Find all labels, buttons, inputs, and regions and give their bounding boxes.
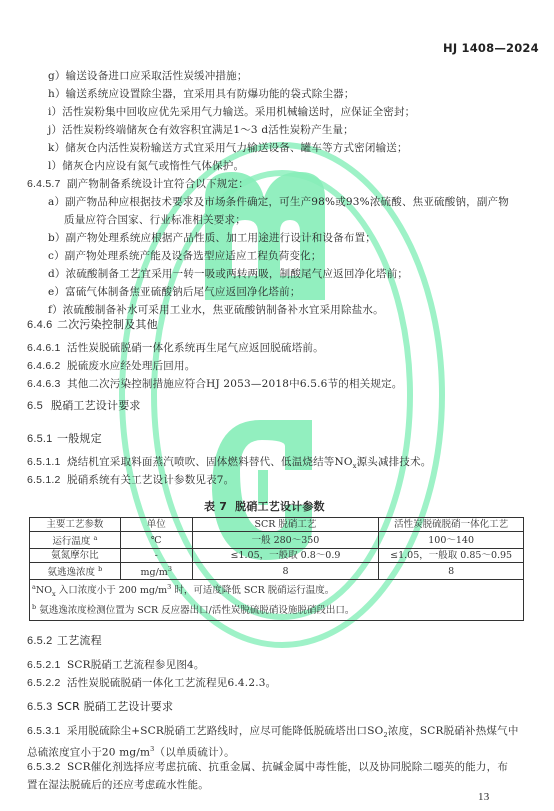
list-item-a: a）副产物品种应根据技术要求及市场条件确定，可生产98%或93%浓硫酸、焦亚硫酸… <box>48 195 509 209</box>
table-cell-unit: mg/m3 <box>120 563 192 580</box>
list-item-k: k）储灰仓内活性炭粉输送方式宜采用气力输送设备、罐车等方式密闭输送； <box>48 141 408 155</box>
list-item-a-continued: 质量应符合国家、行业标准相关要求； <box>64 213 246 227</box>
table-notes: aNOx 入口浓度小于 200 mg/m3 时，可适度降低 SCR 脱硝运行温度… <box>30 580 524 620</box>
list-item-l: l）储灰仓内应设有氮气或惰性气体保护。 <box>48 159 244 173</box>
clause-6-5-3-2-continued: 置在湿法脱硫后的还应考虑疏水性能。 <box>27 778 209 792</box>
table-cell-unit: ℃ <box>120 532 192 549</box>
table-cell-ac: 100～140 <box>379 532 524 549</box>
section-heading-6-5-1: 6.5.1一般规定 <box>27 432 102 446</box>
list-item-h: h）输送系统应设置除尘器，宜采用具有防爆功能的袋式除尘器； <box>48 87 355 101</box>
table-cell-param: 运行温度 a <box>30 532 121 549</box>
clause-6-5-3-2: 6.5.3.2SCR催化剂选择应考虑抗硫、抗重金属、抗碱金属中毒性能，以及协同脱… <box>27 760 508 774</box>
list-item-b: b）副产物处理系统应根据产品性质、加工用途进行设计和设备布置； <box>48 231 376 245</box>
section-heading-6-4-6: 6.4.6二次污染控制及其他 <box>27 318 158 332</box>
clause-6-4-6-2: 6.4.6.2脱硫废水应经处理后回用。 <box>27 359 195 373</box>
table-cell-unit: - <box>120 549 192 563</box>
table-cell-ac: 8 <box>379 563 524 580</box>
table-header-cell: 主要工艺参数 <box>30 518 121 532</box>
table-cell-param: 氨逃逸浓度 b <box>30 563 121 580</box>
table-header-cell: 活性炭脱硫脱硝一体化工艺 <box>379 518 524 532</box>
clause-6-5-1-1: 6.5.1.1烧结机宜采取料面蒸汽喷吹、固体燃料替代、低温烧结等NOx源头减排技… <box>27 455 431 473</box>
section-heading-6-5: 6.5脱硝工艺设计要求 <box>27 399 141 413</box>
clause-6-4-6-3: 6.4.6.3其他二次污染控制措施应符合HJ 2053—2018中6.5.6节的… <box>27 377 402 391</box>
standard-id-header: HJ 1408—2024 <box>443 41 539 55</box>
table-cell-scr: ≤1.05，一般取 0.8～0.9 <box>192 549 379 563</box>
list-item-d: d）浓硫酸制备工艺宜采用一转一吸或两转两吸，制酸尾气应返回净化塔前； <box>48 267 408 281</box>
clause-6-5-3-1-continued: 总硫浓度宜小于20 mg/m3（以单质硫计）。 <box>27 742 235 760</box>
table-row: 运行温度 a ℃ 一般 280～350 100～140 <box>30 532 524 549</box>
table-cell-ac: ≤1.05，一般取 0.85～0.95 <box>379 549 524 563</box>
table-7-caption: 表 7 脱硝工艺设计参数 <box>204 500 325 514</box>
document-page: HJ 1408—2024 g）输送设备进口应采取活性炭缓冲措施； h）输送系统应… <box>0 0 554 811</box>
clause-6-5-3-1: 6.5.3.1采用脱硫除尘+SCR脱硝工艺路线时，应尽可能降低脱硫塔出口SO2浓… <box>27 724 519 742</box>
table-cell-scr: 一般 280～350 <box>192 532 379 549</box>
table-header-cell: SCR 脱硝工艺 <box>192 518 379 532</box>
table-row: 氨氮摩尔比 - ≤1.05，一般取 0.8～0.9 ≤1.05，一般取 0.85… <box>30 549 524 563</box>
table-header-cell: 单位 <box>120 518 192 532</box>
table-cell-param: 氨氮摩尔比 <box>30 549 121 563</box>
clause-6-4-5-7: 6.4.5.7副产物制备系统设计宜符合以下规定： <box>27 177 249 191</box>
section-heading-6-5-2: 6.5.2工艺流程 <box>27 634 102 648</box>
clause-6-4-6-1: 6.4.6.1活性炭脱硫脱硝一体化系统再生尾气应返回脱硫塔前。 <box>27 341 324 355</box>
table-note-a: aNOx 入口浓度小于 200 mg/m3 时，可适度降低 SCR 脱硝运行温度… <box>32 581 521 601</box>
clause-6-5-2-1: 6.5.2.1SCR脱硝工艺流程参见图4。 <box>27 658 205 672</box>
list-item-j: j）活性炭粉终端储灰仓有效容积宜满足1～3 d活性炭粉产生量； <box>48 123 354 137</box>
list-item-f: f）浓硫酸制备补水可采用工业水，焦亚硫酸钠制备补水宜采用除盐水。 <box>48 303 384 317</box>
table-row: 氨逃逸浓度 b mg/m3 8 8 <box>30 563 524 580</box>
table-notes-row: aNOx 入口浓度小于 200 mg/m3 时，可适度降低 SCR 脱硝运行温度… <box>30 580 524 620</box>
table-note-b: b 氨逃逸浓度检测位置为 SCR 反应器出口/活性炭脱硫脱硝设施脱硝段出口。 <box>32 601 521 617</box>
table-header-row: 主要工艺参数 单位 SCR 脱硝工艺 活性炭脱硫脱硝一体化工艺 <box>30 518 524 532</box>
table-7-denitration-parameters: 主要工艺参数 单位 SCR 脱硝工艺 活性炭脱硫脱硝一体化工艺 运行温度 a ℃… <box>29 517 524 621</box>
table-cell-scr: 8 <box>192 563 379 580</box>
list-item-i: i）活性炭粉集中回收应优先采用气力输送。采用机械输送时，应保证全密封； <box>48 105 415 119</box>
page-number: 13 <box>478 790 489 804</box>
clause-6-5-2-2: 6.5.2.2活性炭脱硫脱硝一体化工艺流程见6.4.2.3。 <box>27 676 276 690</box>
list-item-e: e）富硫气体制备焦亚硫酸钠后尾气应返回净化塔前； <box>48 285 301 299</box>
section-heading-6-5-3: 6.5.3SCR 脱硝工艺设计要求 <box>27 700 173 714</box>
list-item-g: g）输送设备进口应采取活性炭缓冲措施； <box>48 69 248 83</box>
list-item-c: c）副产物处理系统产能及设备选型应适应工程负荷变化； <box>48 249 322 263</box>
clause-6-5-1-2: 6.5.1.2脱硝系统有关工艺设计参数见表7。 <box>27 473 234 487</box>
